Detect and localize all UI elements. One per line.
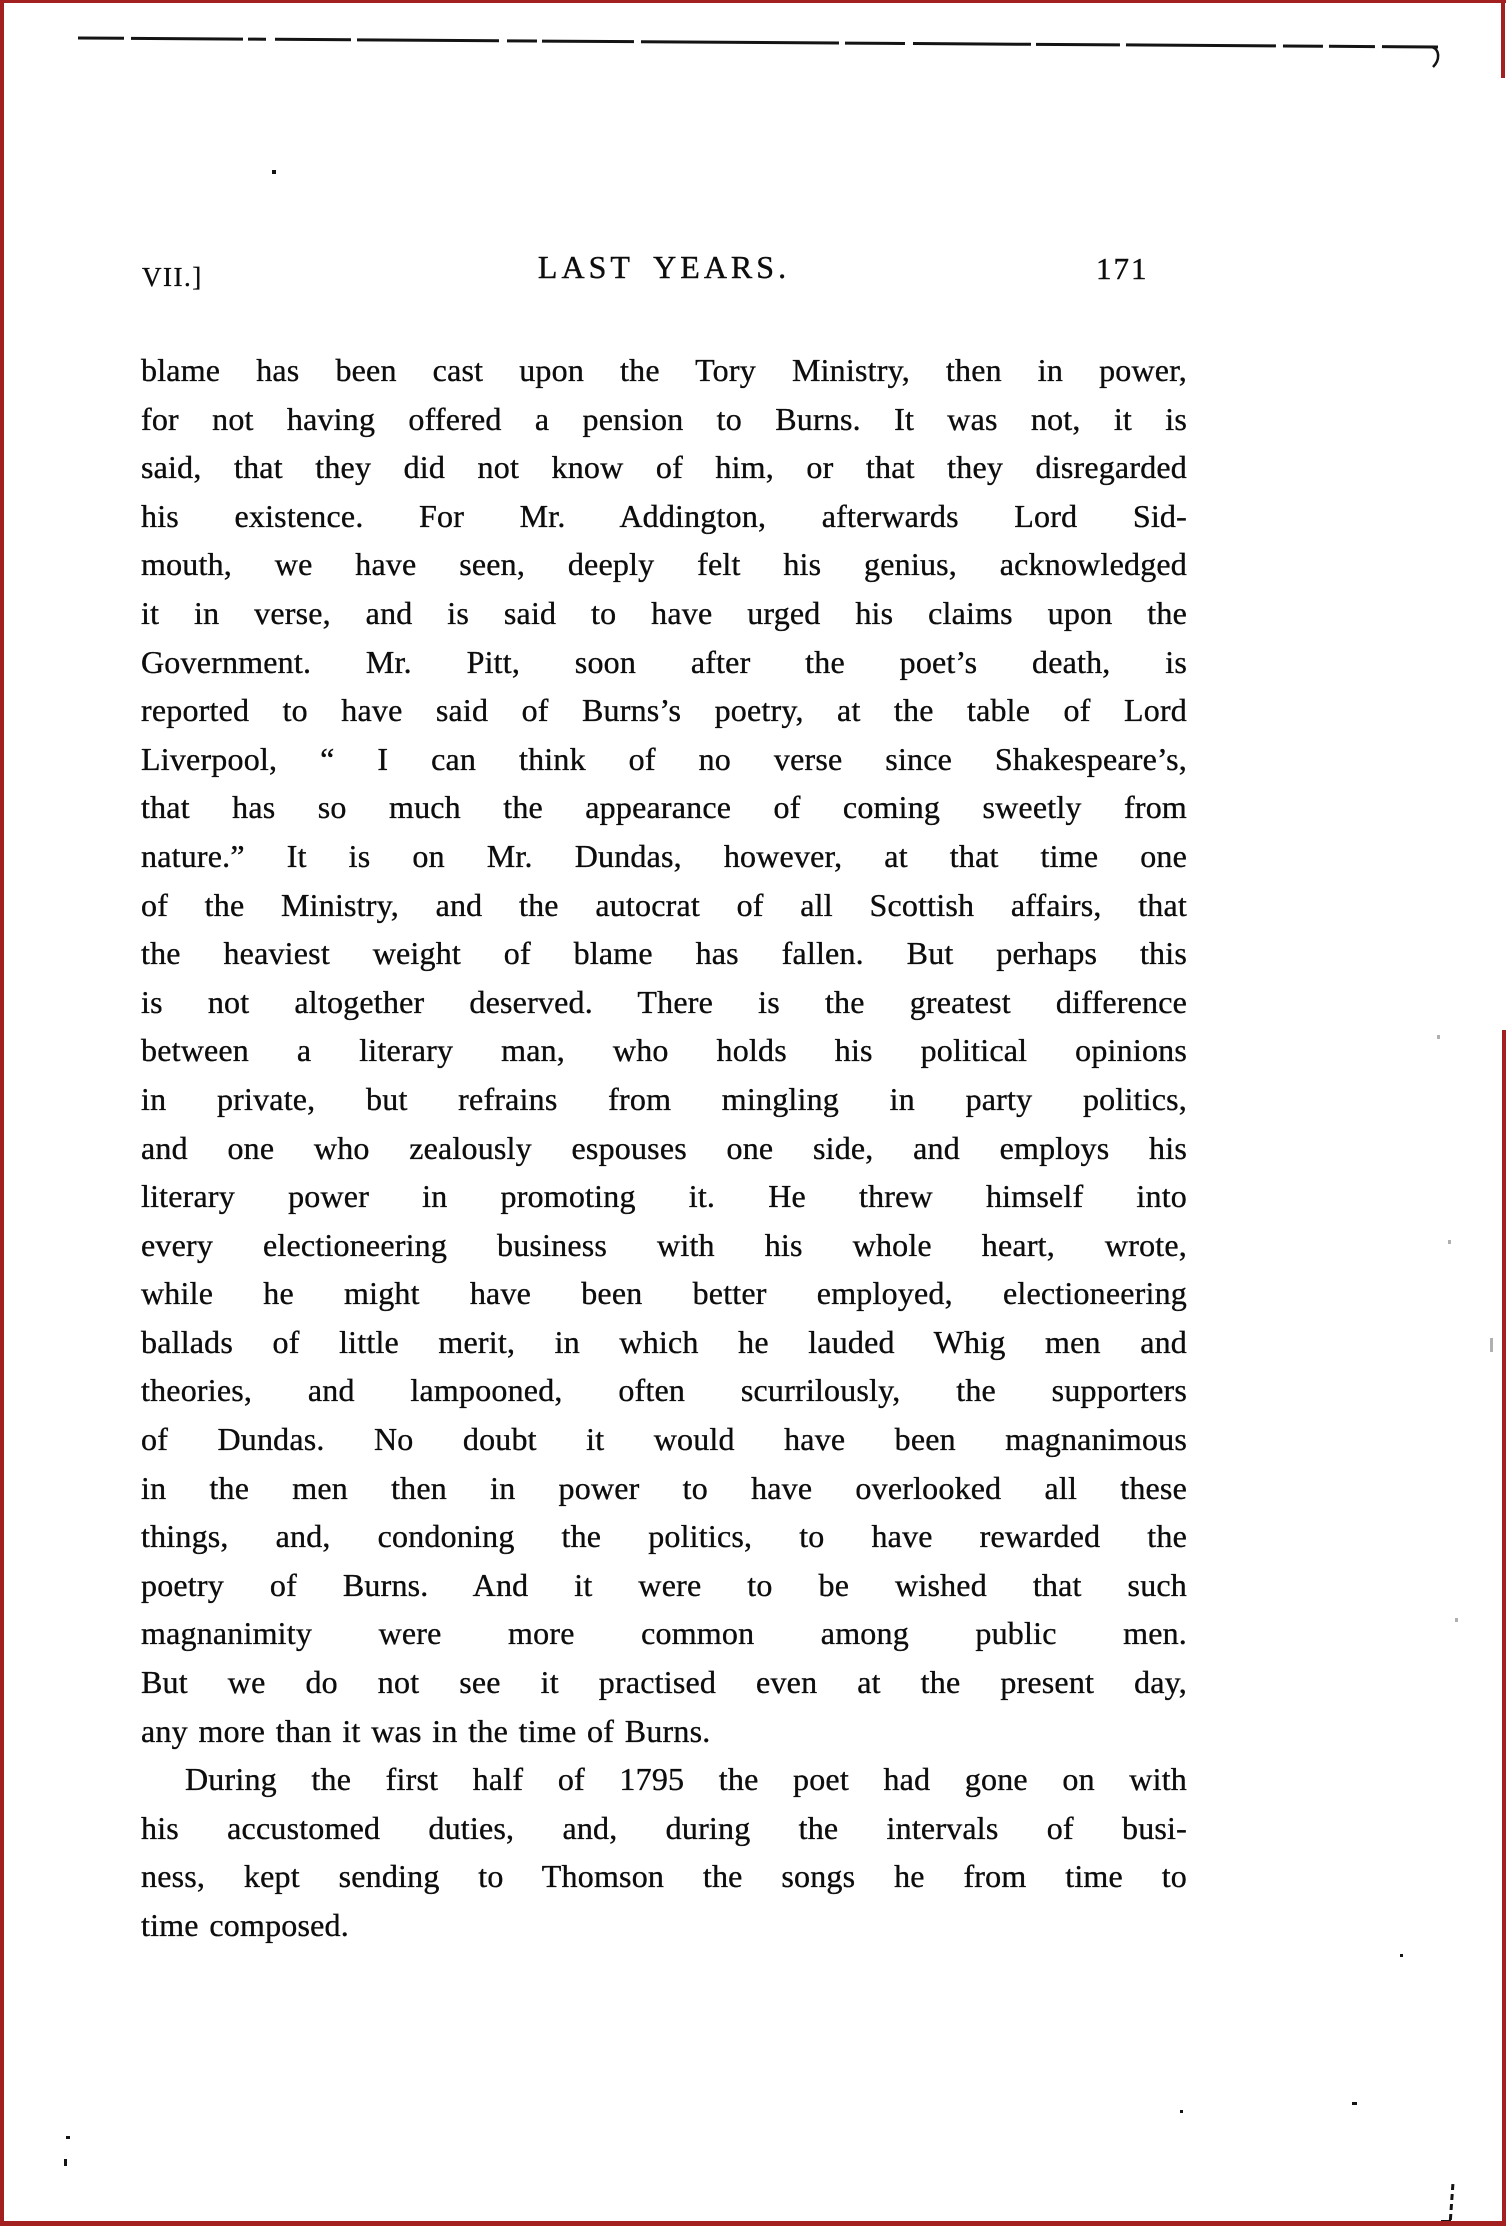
scan-dashed-mark — [1449, 2184, 1455, 2224]
text-line: nature.” It is on Mr. Dundas, however, a… — [141, 832, 1187, 881]
scan-speck — [66, 2136, 70, 2139]
text-line: it in verse, and is said to have urged h… — [141, 589, 1187, 638]
text-line: of the Ministry, and the autocrat of all… — [141, 881, 1187, 930]
page-number: 171 — [1096, 251, 1149, 287]
scan-edge-left — [0, 0, 4, 2226]
text-line: for not having offered a pension to Burn… — [141, 395, 1187, 444]
text-block: blame has been cast upon the Tory Minist… — [141, 346, 1187, 1950]
scan-speck — [272, 170, 276, 174]
running-title: LAST YEARS. — [141, 249, 1187, 286]
text-line: Liverpool, “ I can think of no verse sin… — [141, 735, 1187, 784]
text-line: the heaviest weight of blame has fallen.… — [141, 929, 1187, 978]
text-line: between a literary man, who holds his po… — [141, 1026, 1187, 1075]
text-line: his accustomed duties, and, during the i… — [141, 1804, 1187, 1853]
text-line: poetry of Burns. And it were to be wishe… — [141, 1561, 1187, 1610]
text-line: while he might have been better employed… — [141, 1269, 1187, 1318]
text-line: mouth, we have seen, deeply felt his gen… — [141, 540, 1187, 589]
scan-faint-mark — [1437, 1035, 1440, 1039]
text-line: During the first half of 1795 the poet h… — [141, 1755, 1187, 1804]
text-line: any more than it was in the time of Burn… — [141, 1707, 1187, 1756]
scan-faint-mark — [1455, 1618, 1458, 1622]
text-line: things, and, condoning the politics, to … — [141, 1512, 1187, 1561]
scan-edge-right — [1502, 1030, 1506, 2226]
scan-faint-mark — [1490, 1338, 1493, 1352]
text-line: But we do not see it practised even at t… — [141, 1658, 1187, 1707]
scan-edge-bottom — [0, 2221, 1506, 2226]
text-line: Government. Mr. Pitt, soon after the poe… — [141, 638, 1187, 687]
text-line: blame has been cast upon the Tory Minist… — [141, 346, 1187, 395]
scan-edge-top — [0, 0, 1506, 3]
text-line: is not altogether deserved. There is the… — [141, 978, 1187, 1027]
text-line: time composed. — [141, 1901, 1187, 1950]
scan-speck — [1400, 1954, 1403, 1957]
text-line: said, that they did not know of him, or … — [141, 443, 1187, 492]
text-line: in the men then in power to have overloo… — [141, 1464, 1187, 1513]
text-line: theories, and lampooned, often scurrilou… — [141, 1366, 1187, 1415]
text-line: reported to have said of Burns’s poetry,… — [141, 686, 1187, 735]
scan-speck — [64, 2159, 67, 2166]
scanned-book-page: VII.] LAST YEARS. 171 blame has been cas… — [0, 0, 1506, 2226]
text-line: in private, but refrains from mingling i… — [141, 1075, 1187, 1124]
scan-dashed-rule — [66, 18, 1462, 88]
text-line: that has so much the appearance of comin… — [141, 783, 1187, 832]
scan-edge-right-top — [1501, 0, 1505, 78]
scan-speck — [1352, 2102, 1357, 2105]
text-line: his existence. For Mr. Addington, afterw… — [141, 492, 1187, 541]
text-line: of Dundas. No doubt it would have been m… — [141, 1415, 1187, 1464]
text-line: magnanimity were more common among publi… — [141, 1609, 1187, 1658]
text-line: literary power in promoting it. He threw… — [141, 1172, 1187, 1221]
text-line: and one who zealously espouses one side,… — [141, 1124, 1187, 1173]
scan-speck — [1180, 2110, 1183, 2113]
text-line: ness, kept sending to Thomson the songs … — [141, 1852, 1187, 1901]
text-line: ballads of little merit, in which he lau… — [141, 1318, 1187, 1367]
scan-faint-mark — [1448, 1240, 1451, 1244]
text-line: every electioneering business with his w… — [141, 1221, 1187, 1270]
